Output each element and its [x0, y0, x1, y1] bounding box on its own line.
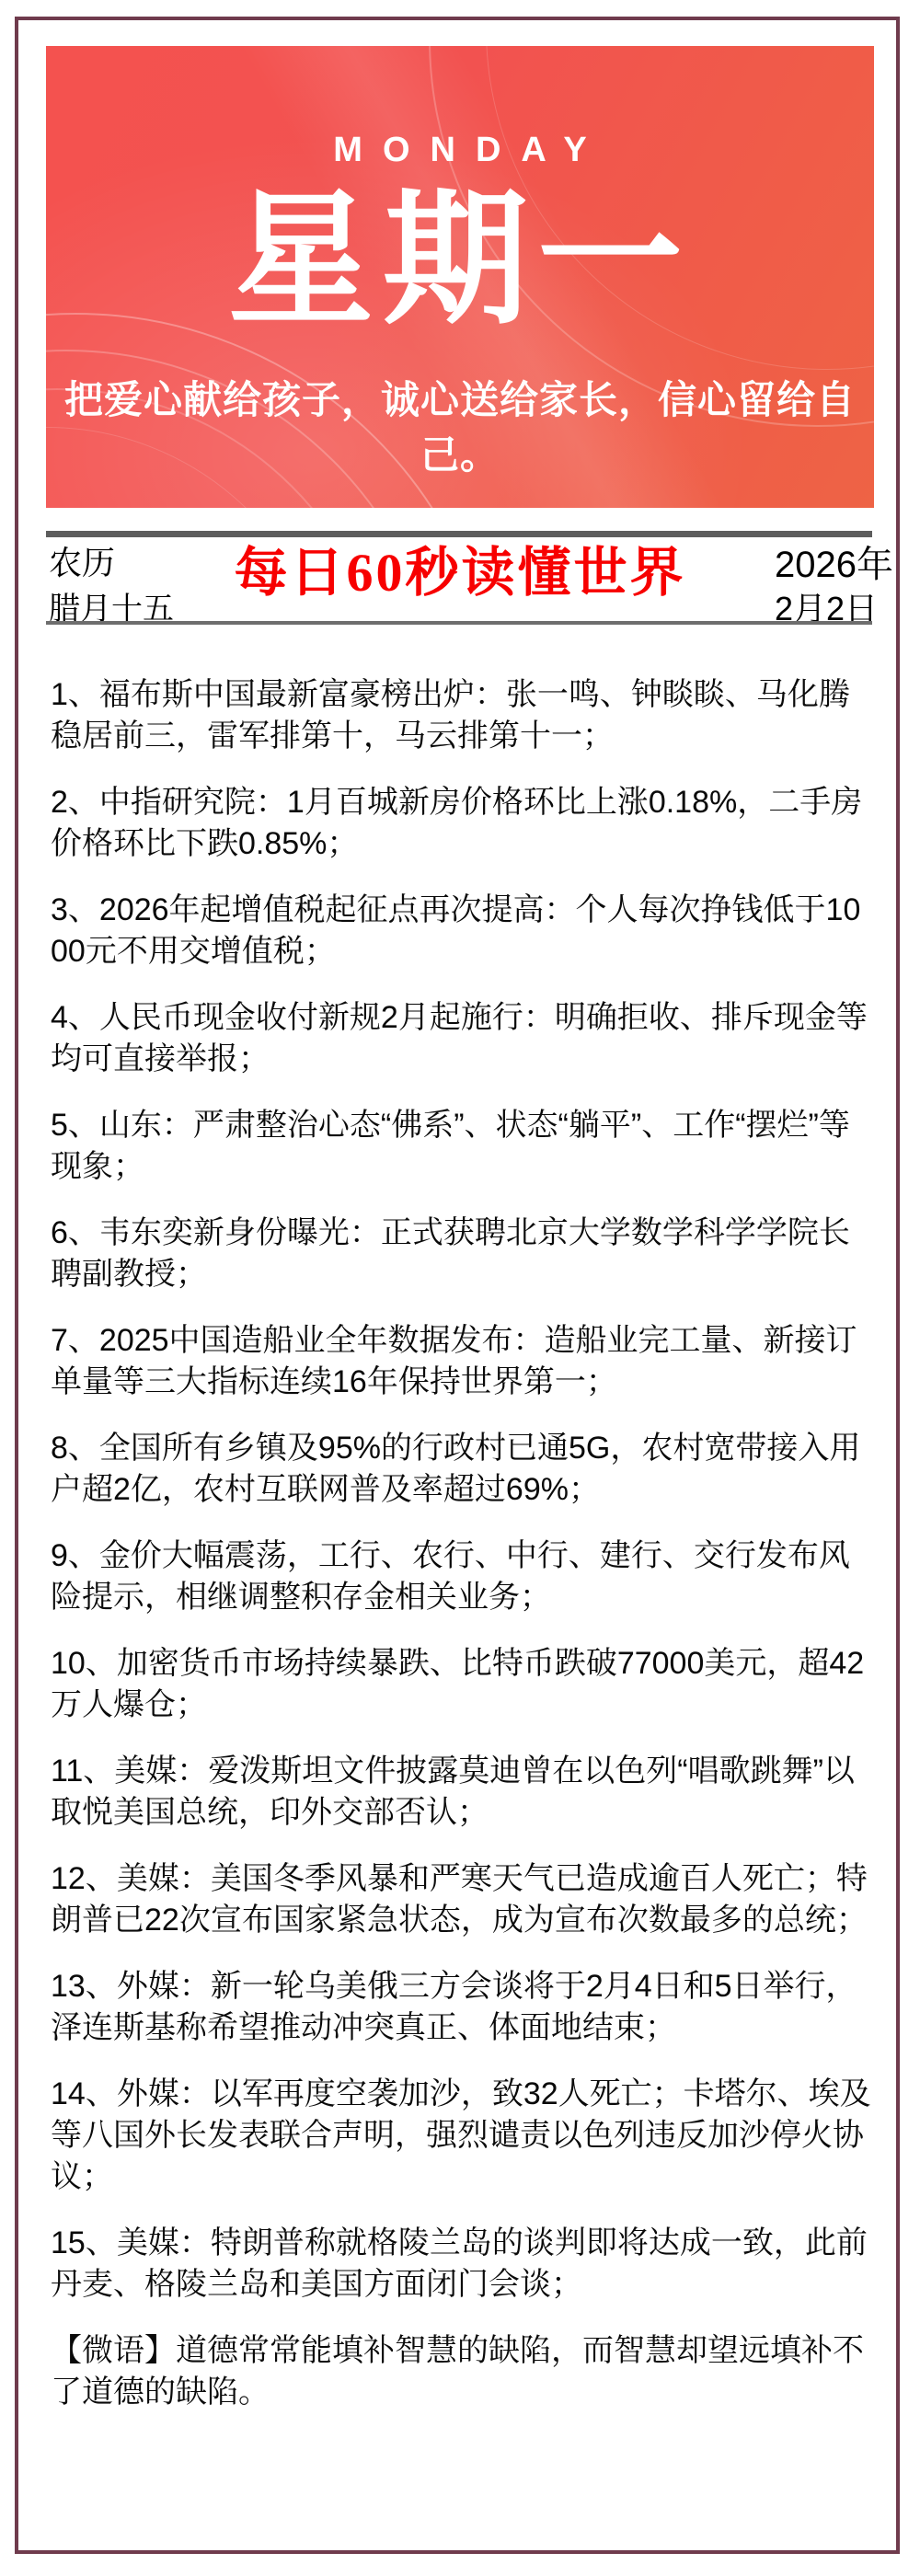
weekday-chinese: 星期一 — [46, 175, 874, 350]
divider-bottom — [46, 621, 872, 625]
news-item: 3、2026年起增值税起征点再次提高：个人每次挣钱低于1000元不用交增值税； — [51, 890, 872, 972]
news-item: 14、外媒：以军再度空袭加沙，致32人死亡；卡塔尔、埃及等八国外长发表联合声明，… — [51, 2074, 872, 2198]
news-item: 12、美媒：美国冬季风暴和严寒天气已造成逾百人死亡；特朗普已22次宣布国家紧急状… — [51, 1858, 872, 1941]
weiyu-quote: 【微语】道德常常能填补智慧的缺陷，而智慧却望远填补不了道德的缺陷。 — [51, 2330, 872, 2413]
news-item: 5、山东：严肃整治心态“佛系”、状态“躺平”、工作“摆烂”等现象； — [51, 1105, 872, 1188]
news-item: 1、福布斯中国最新富豪榜出炉：张一鸣、钟睒睒、马化腾稳居前三，雷军排第十，马云排… — [51, 674, 872, 757]
news-item: 7、2025中国造船业全年数据发布：造船业完工量、新接订单量等三大指标连续16年… — [51, 1320, 872, 1403]
news-item: 4、人民币现金收付新规2月起施行：明确拒收、排斥现金等均可直接举报； — [51, 997, 872, 1080]
header-card: MONDAY 星期一 把爱心献给孩子，诚心送给家长，信心留给自己。 — [46, 46, 874, 508]
weekday-english: MONDAY — [46, 131, 874, 170]
news-item: 13、外媒：新一轮乌美俄三方会谈将于2月4日和5日举行，泽连斯基称希望推动冲突真… — [51, 1966, 872, 2049]
news-item: 9、金价大幅震荡，工行、农行、中行、建行、交行发布风险提示，相继调整积存金相关业… — [51, 1535, 872, 1618]
news-list: 1、福布斯中国最新富豪榜出炉：张一鸣、钟睒睒、马化腾稳居前三，雷军排第十，马云排… — [51, 674, 872, 2413]
news-item: 10、加密货币市场持续暴跌、比特币跌破77000美元，超42万人爆仓； — [51, 1643, 872, 1726]
divider-top — [46, 531, 872, 537]
news-item: 15、美媒：特朗普称就格陵兰岛的谈判即将达成一致，此前丹麦、格陵兰岛和美国方面闭… — [51, 2223, 872, 2306]
header-tagline: 把爱心献给孩子，诚心送给家长，信心留给自己。 — [46, 370, 874, 480]
news-digest-page: MONDAY 星期一 把爱心献给孩子，诚心送给家长，信心留给自己。 农历 腊月十… — [0, 0, 920, 2576]
news-item: 8、全国所有乡镇及95%的行政村已通5G，农村宽带接入用户超2亿，农村互联网普及… — [51, 1428, 872, 1511]
news-item: 2、中指研究院：1月百城新房价格环比上涨0.18%，二手房价格环比下跌0.85%… — [51, 782, 872, 865]
news-item: 11、美媒：爱泼斯坦文件披露莫迪曾在以色列“唱歌跳舞”以取悦美国总统，印外交部否… — [51, 1751, 872, 1834]
year-text: 2026年 — [775, 535, 893, 588]
news-item: 6、韦东奕新身份曝光：正式获聘北京大学数学科学学院长聘副教授； — [51, 1213, 872, 1295]
